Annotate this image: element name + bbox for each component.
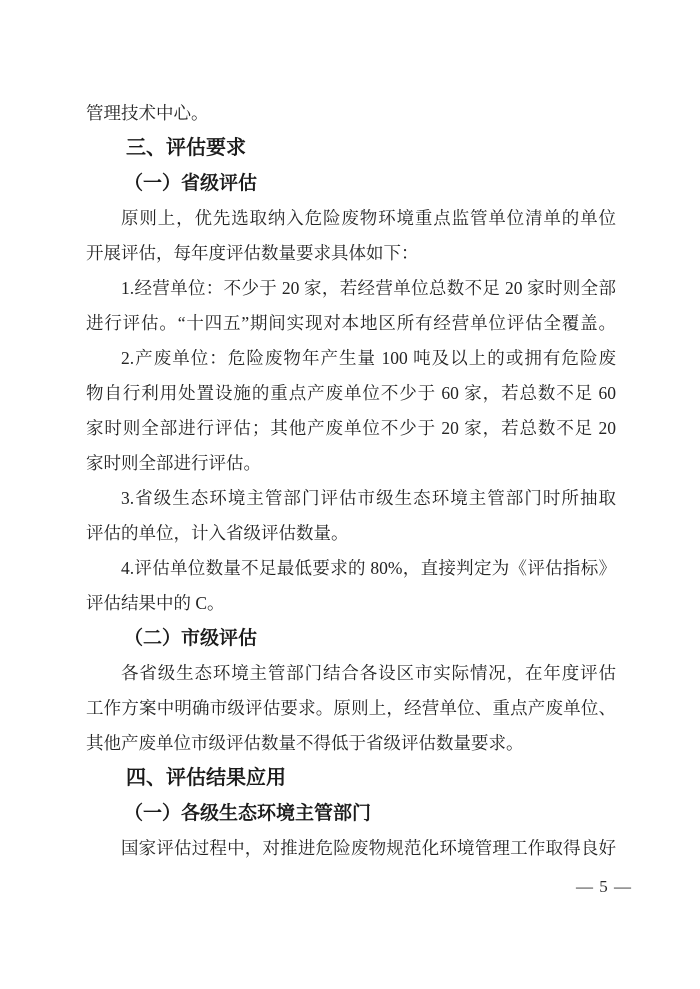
section-heading: （二）市级评估: [86, 621, 616, 656]
section-heading: 三、评估要求: [86, 131, 616, 166]
text-line: 物自行利用处置设施的重点产废单位不少于 60 家，若总数不足 60: [86, 376, 616, 411]
document-page: 管理技术中心。三、评估要求（一）省级评估原则上，优先选取纳入危险废物环境重点监管…: [0, 0, 700, 989]
text-line: 其他产废单位市级评估数量不得低于省级评估数量要求。: [86, 726, 616, 761]
section-heading: 四、评估结果应用: [86, 761, 616, 796]
text-line: 3.省级生态环境主管部门评估市级生态环境主管部门时所抽取: [86, 481, 616, 516]
text-line: 1.经营单位：不少于 20 家，若经营单位总数不足 20 家时则全部: [86, 271, 616, 306]
text-line: 开展评估，每年度评估数量要求具体如下：: [86, 236, 616, 271]
text-line: 工作方案中明确市级评估要求。原则上，经营单位、重点产废单位、: [86, 691, 616, 726]
page-number: — 5 —: [576, 877, 632, 897]
section-heading: （一）各级生态环境主管部门: [86, 796, 616, 831]
text-line: 4.评估单位数量不足最低要求的 80%，直接判定为《评估指标》: [86, 551, 616, 586]
text-line: 进行评估。“十四五”期间实现对本地区所有经营单位评估全覆盖。: [86, 306, 616, 341]
text-line: 家时则全部进行评估。: [86, 446, 616, 481]
text-line: 家时则全部进行评估；其他产废单位不少于 20 家，若总数不足 20: [86, 411, 616, 446]
text-line: 管理技术中心。: [86, 96, 616, 131]
text-line: 2.产废单位：危险废物年产生量 100 吨及以上的或拥有危险废: [86, 341, 616, 376]
section-heading: （一）省级评估: [86, 166, 616, 201]
text-line: 评估的单位，计入省级评估数量。: [86, 516, 616, 551]
text-line: 原则上，优先选取纳入危险废物环境重点监管单位清单的单位: [86, 201, 616, 236]
text-line: 评估结果中的 C。: [86, 586, 616, 621]
document-body: 管理技术中心。三、评估要求（一）省级评估原则上，优先选取纳入危险废物环境重点监管…: [86, 96, 616, 866]
text-line: 国家评估过程中，对推进危险废物规范化环境管理工作取得良好: [86, 831, 616, 866]
text-line: 各省级生态环境主管部门结合各设区市实际情况，在年度评估: [86, 656, 616, 691]
